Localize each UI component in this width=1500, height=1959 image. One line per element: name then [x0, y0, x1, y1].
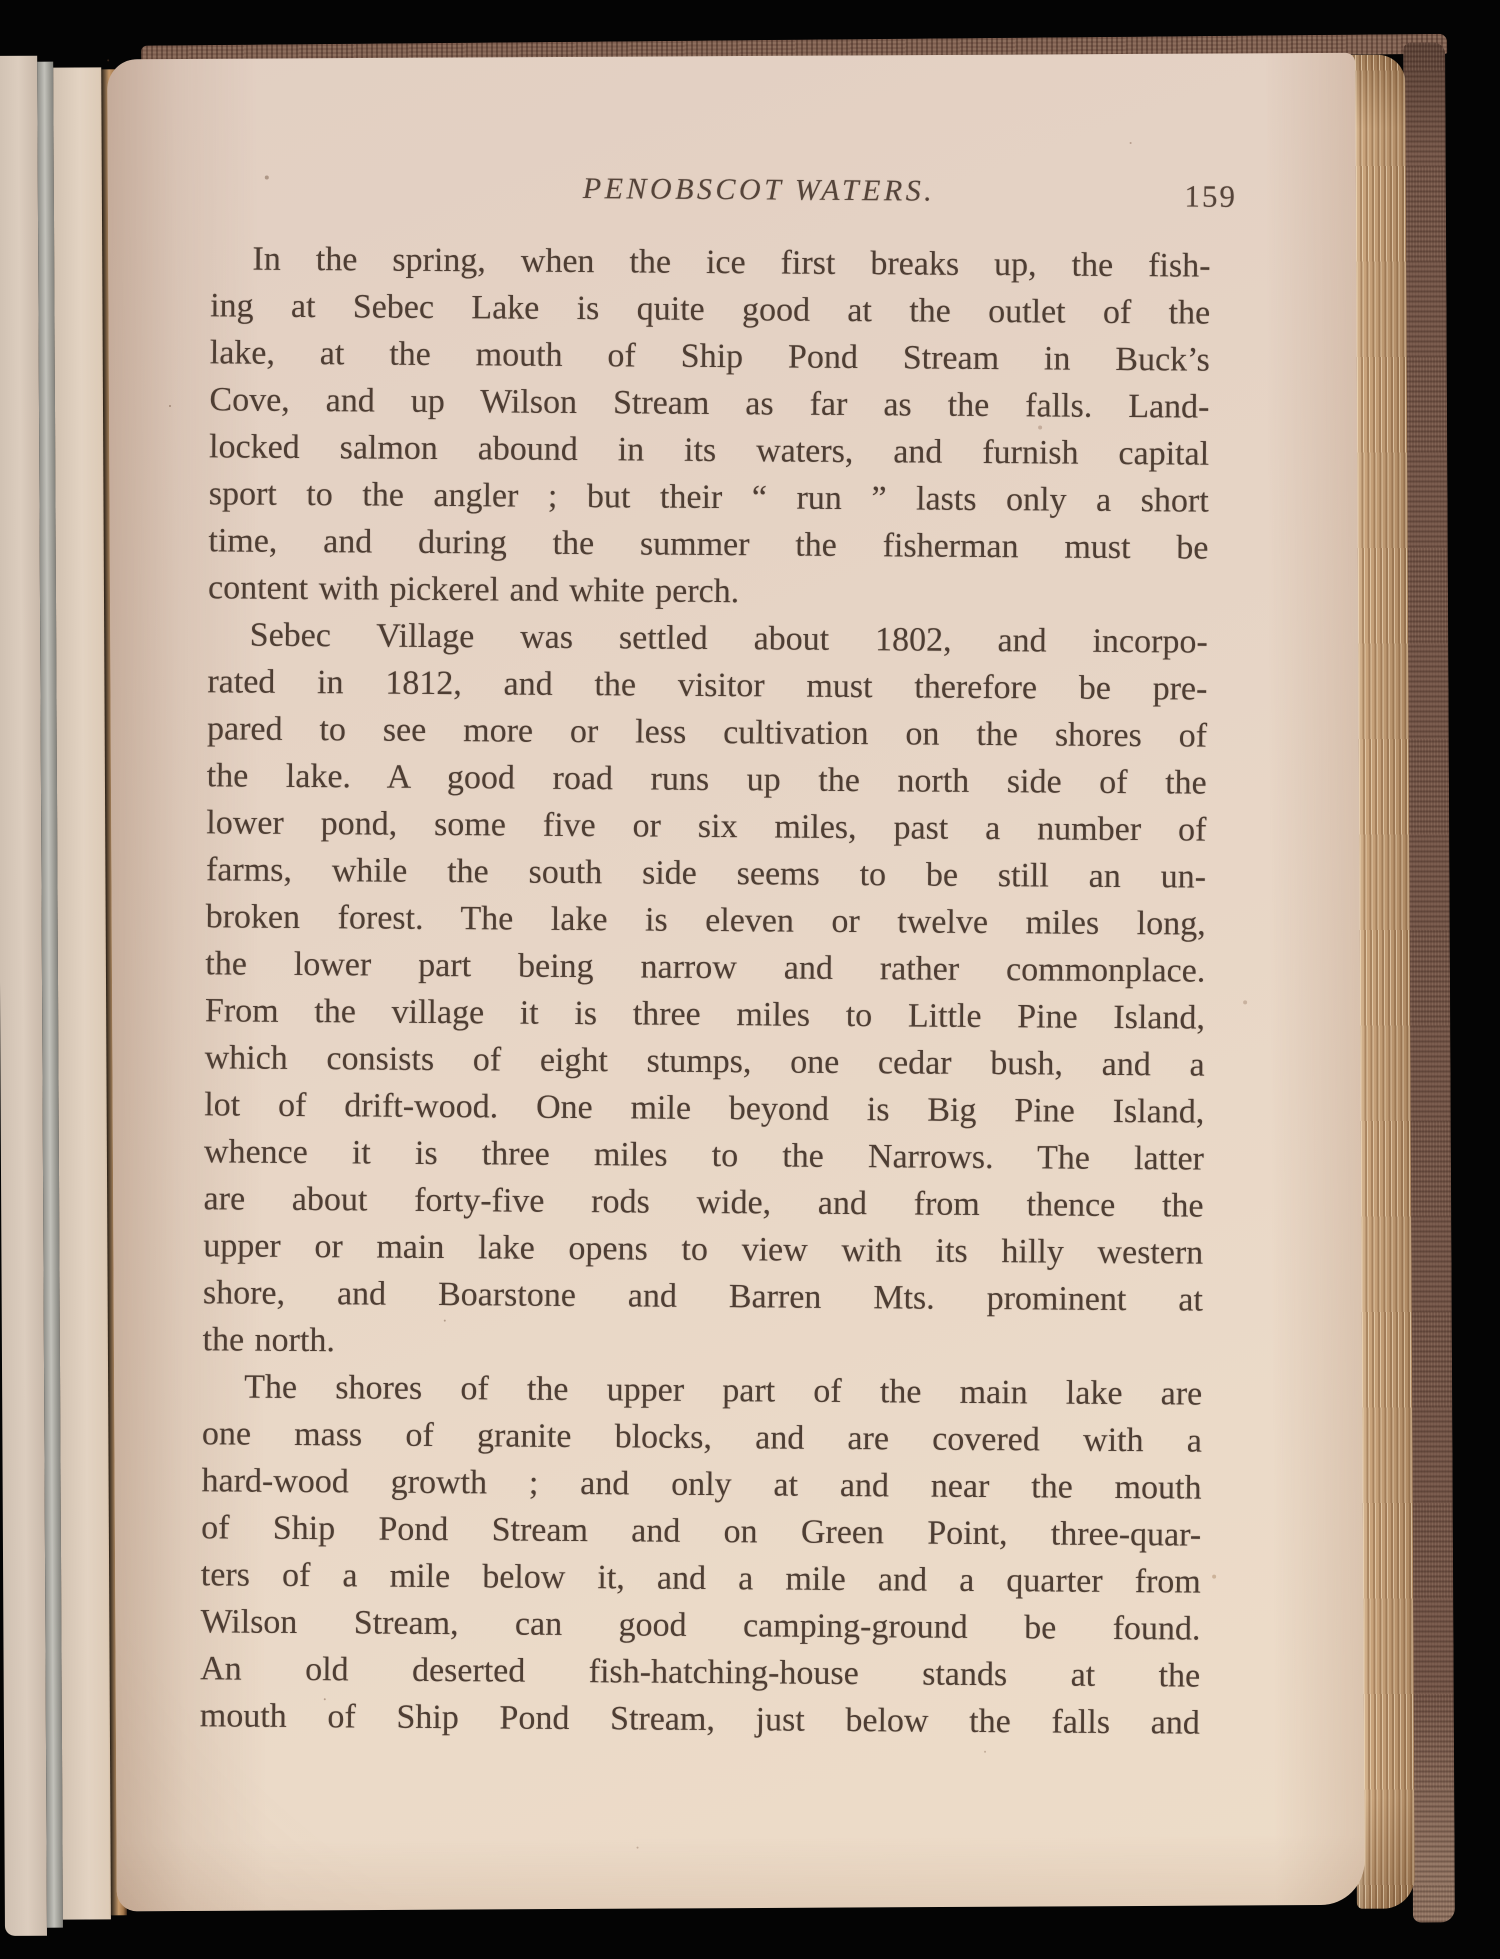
text-line: From the village it is three miles to Li… — [205, 987, 1205, 1041]
text-line: ing at Sebec Lake is quite good at the o… — [210, 282, 1210, 336]
text-line: Cove, and up Wilson Stream as far as the… — [209, 376, 1209, 430]
text-line: In the spring, when the ice first breaks… — [210, 235, 1210, 289]
text-line: which consists of eight stumps, one ceda… — [204, 1034, 1204, 1088]
text-line: An old deserted fish-hatching-house stan… — [200, 1645, 1200, 1699]
text-line: Wilson Stream, can good camping-ground b… — [200, 1598, 1200, 1652]
text-line: the lake. A good road runs up the north … — [207, 752, 1207, 806]
text-line: The shores of the upper part of the main… — [202, 1363, 1202, 1417]
text-line: mouth of Ship Pond Stream, just below th… — [200, 1692, 1200, 1746]
text-block: PENOBSCOT WATERS. 159 In the spring, whe… — [200, 162, 1212, 1746]
text-line: shore, and Boarstone and Barren Mts. pro… — [203, 1269, 1203, 1323]
text-line: one mass of granite blocks, and are cove… — [202, 1410, 1202, 1464]
text-line: the lower part being narrow and rather c… — [205, 940, 1205, 994]
body-text: In the spring, when the ice first breaks… — [200, 235, 1211, 1746]
text-line: hard-wood growth ; and only at and near … — [201, 1457, 1201, 1511]
text-line: broken forest. The lake is eleven or twe… — [206, 893, 1206, 947]
text-line: lower pond, some five or six miles, past… — [206, 799, 1206, 853]
text-line: sport to the angler ; but their “ run ” … — [209, 470, 1209, 524]
page-number: 159 — [1184, 172, 1237, 220]
book-photo: PENOBSCOT WATERS. 159 In the spring, whe… — [0, 0, 1500, 1959]
text-line: time, and during the summer the fisherma… — [208, 517, 1208, 571]
running-header: PENOBSCOT WATERS. 159 — [211, 162, 1211, 217]
text-line: the north. — [202, 1316, 1202, 1370]
text-line: lake, at the mouth of Ship Pond Stream i… — [210, 329, 1210, 383]
paragraph: The shores of the upper part of the main… — [200, 1363, 1203, 1746]
text-line: ters of a mile below it, and a mile and … — [201, 1551, 1201, 1605]
text-line: are about forty-five rods wide, and from… — [203, 1175, 1203, 1229]
text-line: whence it is three miles to the Narrows.… — [204, 1128, 1204, 1182]
text-line: rated in 1812, and the visitor must ther… — [207, 658, 1207, 712]
text-line: farms, while the south side seems to be … — [206, 846, 1206, 900]
running-header-title: PENOBSCOT WATERS. — [259, 163, 1259, 218]
paragraph: Sebec Village was settled about 1802, an… — [202, 611, 1207, 1370]
book-page: PENOBSCOT WATERS. 159 In the spring, whe… — [107, 53, 1365, 1912]
text-line: of Ship Pond Stream and on Green Point, … — [201, 1504, 1201, 1558]
paragraph: In the spring, when the ice first breaks… — [208, 235, 1211, 618]
paper-specks — [107, 59, 109, 61]
text-line: Sebec Village was settled about 1802, an… — [208, 611, 1208, 665]
text-line: pared to see more or less cultivation on… — [207, 705, 1207, 759]
text-line: upper or main lake opens to view with it… — [203, 1222, 1203, 1276]
text-line: locked salmon abound in its waters, and … — [209, 423, 1209, 477]
text-line: lot of drift-wood. One mile beyond is Bi… — [204, 1081, 1204, 1135]
text-line: content with pickerel and white perch. — [208, 564, 1208, 618]
